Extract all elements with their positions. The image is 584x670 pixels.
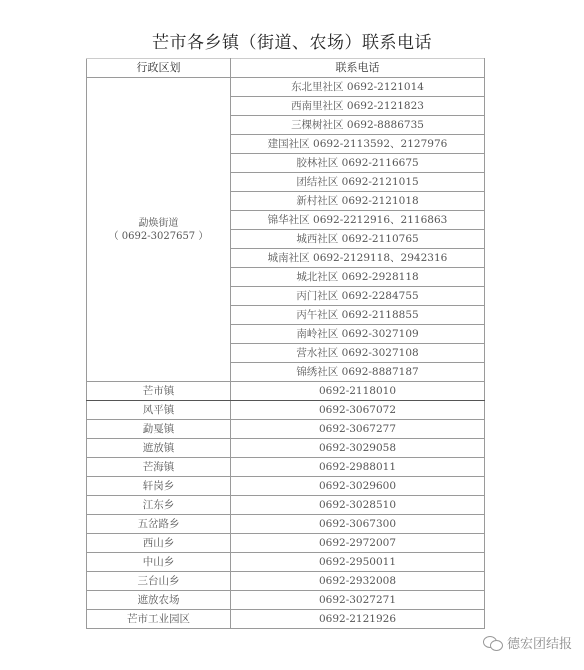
subdistrict-name: 勐焕街道 [87, 217, 230, 230]
region-phone: 0692-2118010 [231, 382, 485, 401]
community-cell: 西南里社区 0692-2121823 [231, 97, 485, 116]
region-name: 芒海镇 [87, 458, 231, 477]
table-row: 风平镇0692-3067072 [87, 401, 485, 420]
region-phone: 0692-3067277 [231, 420, 485, 439]
community-cell: 丙午社区 0692-2118855 [231, 306, 485, 325]
region-phone: 0692-3029600 [231, 477, 485, 496]
watermark: 德宏团结报 [483, 633, 572, 652]
region-phone: 0692-3028510 [231, 496, 485, 515]
table-row: 西山乡0692-2972007 [87, 534, 485, 553]
header-region: 行政区划 [87, 59, 231, 78]
region-phone: 0692-2932008 [231, 572, 485, 591]
region-name: 芒市镇 [87, 382, 231, 401]
community-cell: 团结社区 0692-2121015 [231, 173, 485, 192]
region-phone: 0692-2121926 [231, 610, 485, 629]
region-name: 江东乡 [87, 496, 231, 515]
page-title: 芒市各乡镇（街道、农场）联系电话 [0, 28, 584, 53]
table-row: 勐焕街道 （ 0692-3027657 ） 东北里社区 0692-2121014 [87, 78, 485, 97]
region-name: 芒市工业园区 [87, 610, 231, 629]
table-row: 芒市镇0692-2118010 [87, 382, 485, 401]
region-phone: 0692-3029058 [231, 439, 485, 458]
table-row: 江东乡0692-3028510 [87, 496, 485, 515]
region-name: 轩岗乡 [87, 477, 231, 496]
community-cell: 南岭社区 0692-3027109 [231, 325, 485, 344]
community-cell: 胶林社区 0692-2116675 [231, 154, 485, 173]
region-name: 中山乡 [87, 553, 231, 572]
table-row: 五岔路乡0692-3067300 [87, 515, 485, 534]
subdistrict-phone: （ 0692-3027657 ） [87, 230, 230, 243]
community-cell: 三棵树社区 0692-8886735 [231, 116, 485, 135]
region-name: 勐戛镇 [87, 420, 231, 439]
region-phone: 0692-3067300 [231, 515, 485, 534]
community-cell: 锦绣社区 0692-8887187 [231, 363, 485, 382]
region-phone: 0692-2972007 [231, 534, 485, 553]
table-row: 芒海镇0692-2988011 [87, 458, 485, 477]
contact-table: 行政区划 联系电话 勐焕街道 （ 0692-3027657 ） 东北里社区 06… [86, 58, 485, 629]
community-cell: 营水社区 0692-3027108 [231, 344, 485, 363]
region-name: 遮放农场 [87, 591, 231, 610]
region-name: 风平镇 [87, 401, 231, 420]
table-header-row: 行政区划 联系电话 [87, 59, 485, 78]
table-row: 遮放农场0692-3027271 [87, 591, 485, 610]
table-row: 芒市工业园区0692-2121926 [87, 610, 485, 629]
region-name: 五岔路乡 [87, 515, 231, 534]
table-row: 遮放镇0692-3029058 [87, 439, 485, 458]
region-phone: 0692-2950011 [231, 553, 485, 572]
community-cell: 丙门社区 0692-2284755 [231, 287, 485, 306]
community-cell: 城南社区 0692-2129118、2942316 [231, 249, 485, 268]
region-name: 西山乡 [87, 534, 231, 553]
region-phone: 0692-3027271 [231, 591, 485, 610]
region-name: 三台山乡 [87, 572, 231, 591]
table-row: 勐戛镇0692-3067277 [87, 420, 485, 439]
region-name: 遮放镇 [87, 439, 231, 458]
header-phone: 联系电话 [231, 59, 485, 78]
community-cell: 城西社区 0692-2110765 [231, 230, 485, 249]
wechat-icon [483, 635, 503, 651]
community-cell: 锦华社区 0692-2212916、2116863 [231, 211, 485, 230]
region-phone: 0692-3067072 [231, 401, 485, 420]
table-row: 轩岗乡0692-3029600 [87, 477, 485, 496]
community-cell: 新村社区 0692-2121018 [231, 192, 485, 211]
community-cell: 建国社区 0692-2113592、2127976 [231, 135, 485, 154]
community-cell: 东北里社区 0692-2121014 [231, 78, 485, 97]
table-row: 三台山乡0692-2932008 [87, 572, 485, 591]
region-phone: 0692-2988011 [231, 458, 485, 477]
community-cell: 城北社区 0692-2928118 [231, 268, 485, 287]
subdistrict-cell: 勐焕街道 （ 0692-3027657 ） [87, 78, 231, 382]
table-row: 中山乡0692-2950011 [87, 553, 485, 572]
watermark-text: 德宏团结报 [507, 633, 572, 652]
